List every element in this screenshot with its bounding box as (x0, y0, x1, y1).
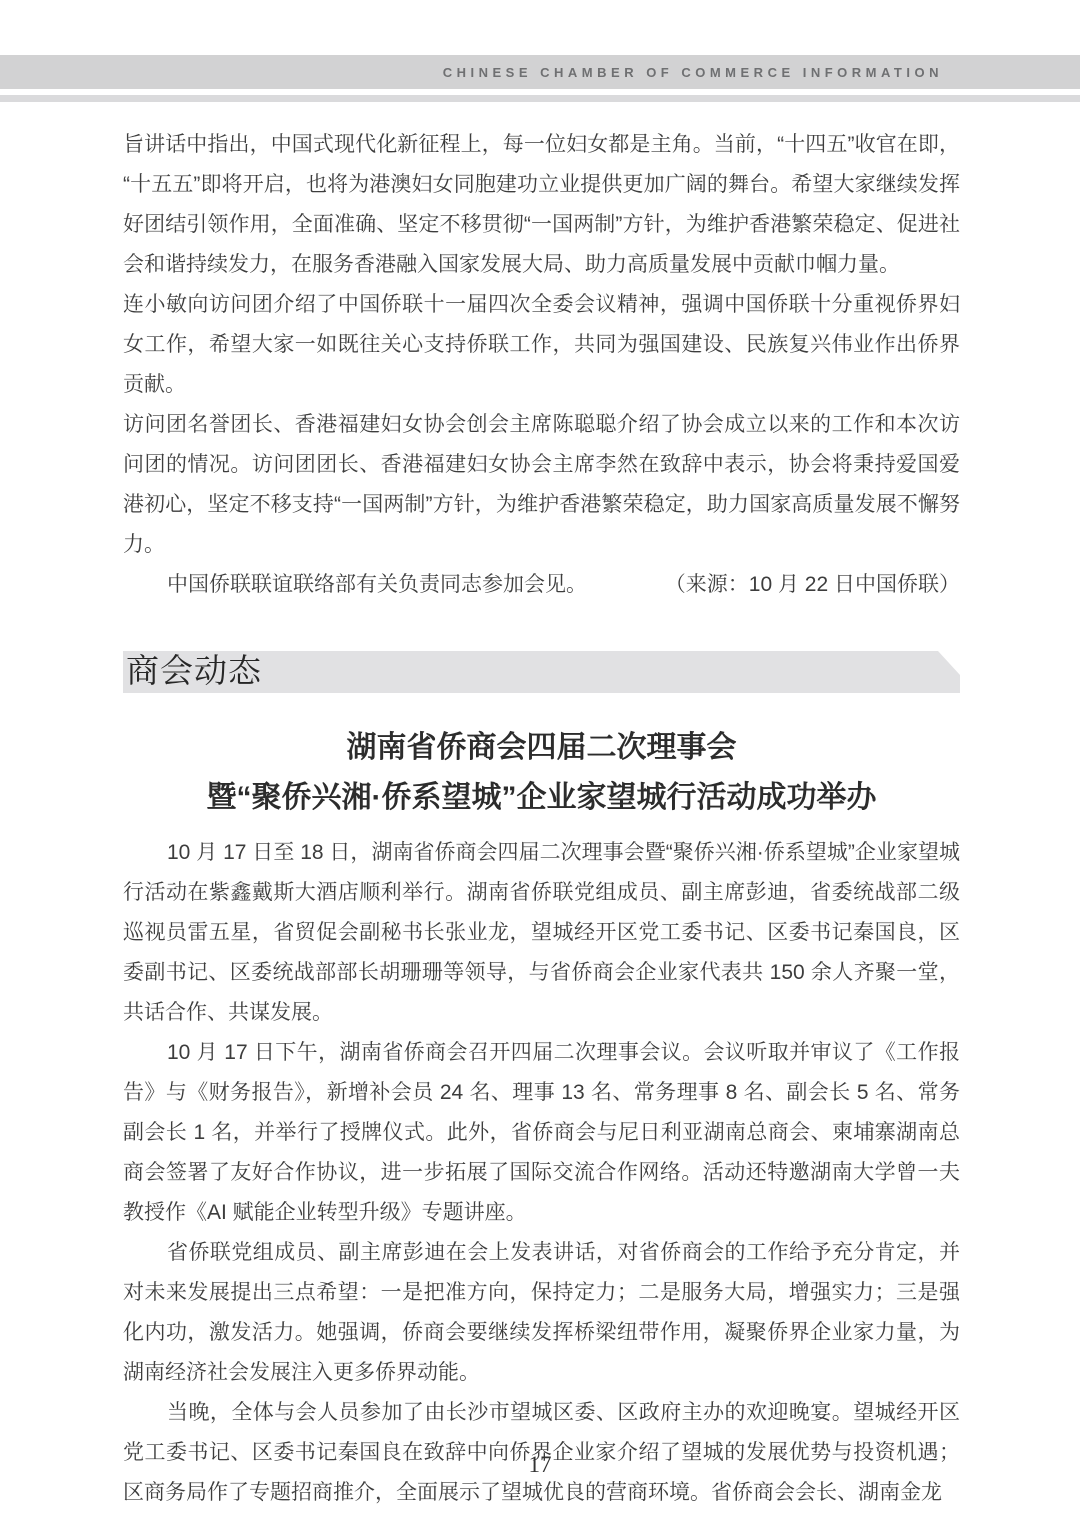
header-banner: CHINESE CHAMBER OF COMMERCE INFORMATION (0, 55, 1080, 89)
section-header-bar: 商会动态 (123, 651, 960, 693)
paragraph: 中国侨联联谊联络部有关负责同志参加会见。 (123, 565, 587, 605)
paragraph: 旨讲话中指出，中国式现代化新征程上，每一位妇女都是主角。当前，“十四五”收官在即… (123, 125, 960, 285)
paragraph: 访问团名誉团长、香港福建妇女协会创会主席陈聪聪介绍了协会成立以来的工作和本次访问… (123, 405, 960, 565)
header-banner-text: CHINESE CHAMBER OF COMMERCE INFORMATION (443, 65, 943, 80)
paragraph: 10 月 17 日下午，湖南省侨商会召开四届二次理事会议。会议听取并审议了《工作… (123, 1033, 960, 1233)
page-content: 旨讲话中指出，中国式现代化新征程上，每一位妇女都是主角。当前，“十四五”收官在即… (123, 125, 960, 1513)
paragraph: 连小敏向访问团介绍了中国侨联十一届四次全委会议精神，强调中国侨联十分重视侨界妇女… (123, 285, 960, 405)
header-rule (0, 95, 1080, 102)
article-title-line1: 湖南省侨商会四届二次理事会 (123, 723, 960, 773)
paragraph: 10 月 17 日至 18 日，湖南省侨商会四届二次理事会暨“聚侨兴湘·侨系望城… (123, 833, 960, 1033)
closing-line: 中国侨联联谊联络部有关负责同志参加会见。 （来源：10 月 22 日中国侨联） (123, 565, 960, 605)
article-title: 湖南省侨商会四届二次理事会 暨“聚侨兴湘·侨系望城”企业家望城行活动成功举办 (123, 723, 960, 823)
source-note: （来源：10 月 22 日中国侨联） (665, 565, 960, 605)
article-title-line2: 暨“聚侨兴湘·侨系望城”企业家望城行活动成功举办 (123, 773, 960, 823)
page-number: 17 (0, 1452, 1080, 1478)
section-title: 商会动态 (123, 651, 262, 693)
paragraph: 省侨联党组成员、副主席彭迪在会上发表讲话，对省侨商会的工作给予充分肯定，并对未来… (123, 1233, 960, 1393)
